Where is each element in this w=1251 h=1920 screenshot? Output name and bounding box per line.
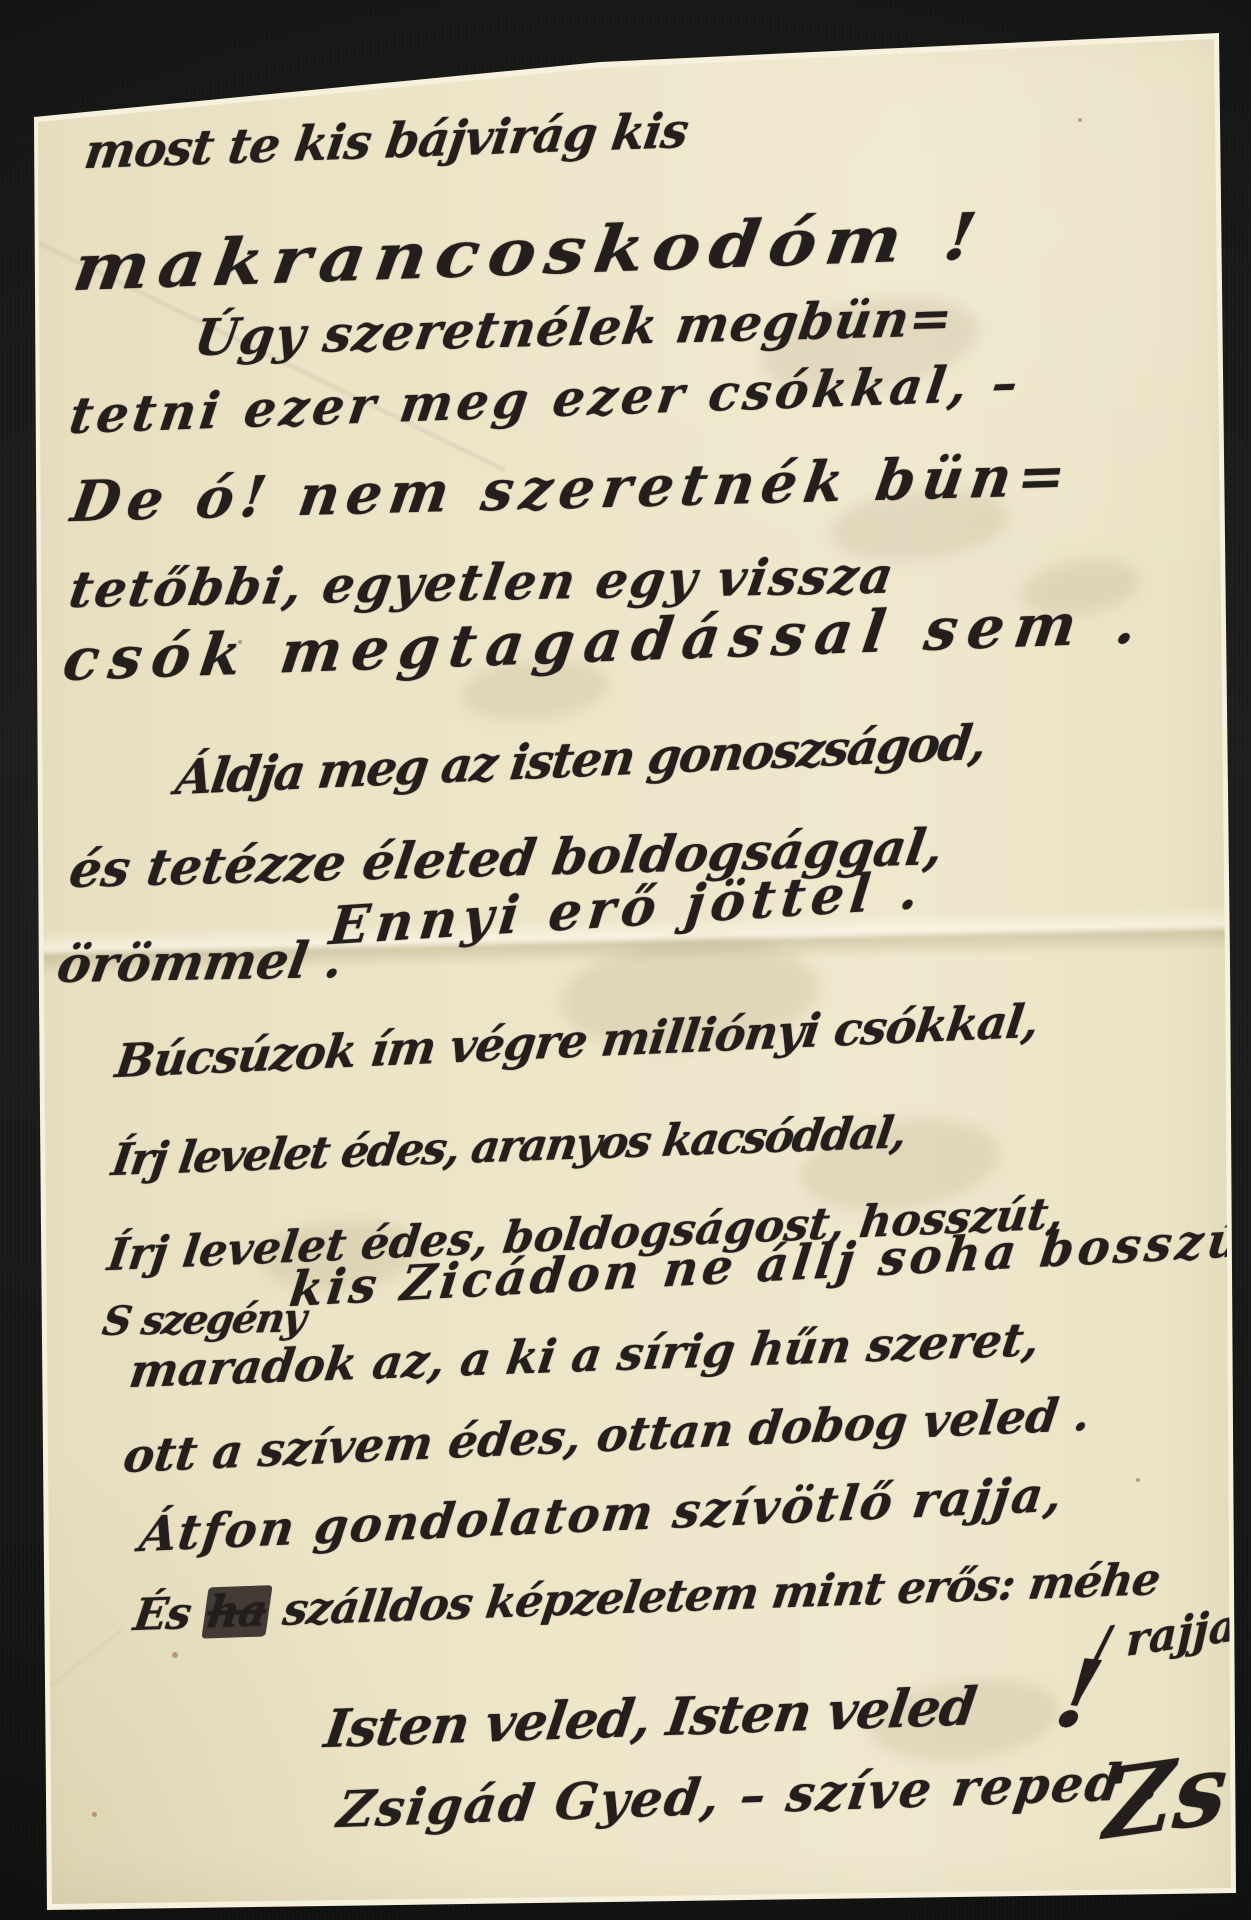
signature: Zs (1102, 1740, 1230, 1854)
handwritten-line-18: ott a szívem édes, ottan dobog veled . (121, 1391, 1093, 1479)
handwritten-line-2: makrancoskodóm ! (69, 205, 989, 301)
foxing-spot (1078, 118, 1082, 122)
handwritten-line-8: Áldja meg az isten gonoszságod, (173, 719, 988, 803)
handwritten-line-19: Átfon gondolatom szívötlő rajja, (137, 1471, 1067, 1560)
line-20-post: szálldos képzeletem mint erős: méhe (266, 1554, 1163, 1636)
letter-paper: most te kis bájvirág kis makrancoskodóm … (0, 0, 1251, 1920)
foxing-spot (92, 1812, 97, 1817)
line-20-struck-word: ha (201, 1585, 273, 1639)
handwritten-line-20: És ha szálldos képzeletem mint erős: méh… (131, 1558, 1162, 1638)
handwritten-line-15: S szegény (100, 1298, 308, 1342)
handwritten-line-1: most te kis bájvirág kis (82, 107, 691, 176)
handwritten-line-23-signoff: Zsigád Gyed, – szíve reped . (334, 1756, 1164, 1835)
closing-exclamation-flourish: ! (1048, 1646, 1109, 1744)
handwritten-line-10: örömmel . (54, 935, 346, 990)
foxing-spot (1136, 1478, 1140, 1482)
line-20-pre: És (130, 1587, 208, 1641)
handwritten-line-21: / rajja… (1094, 1598, 1251, 1669)
foxing-spot (172, 1652, 178, 1658)
handwritten-line-4: tetni ezer meg ezer csókkal, – (66, 358, 1024, 441)
handwritten-line-13: Írj levelet édes, aranyos kacsóddal, (109, 1111, 908, 1183)
